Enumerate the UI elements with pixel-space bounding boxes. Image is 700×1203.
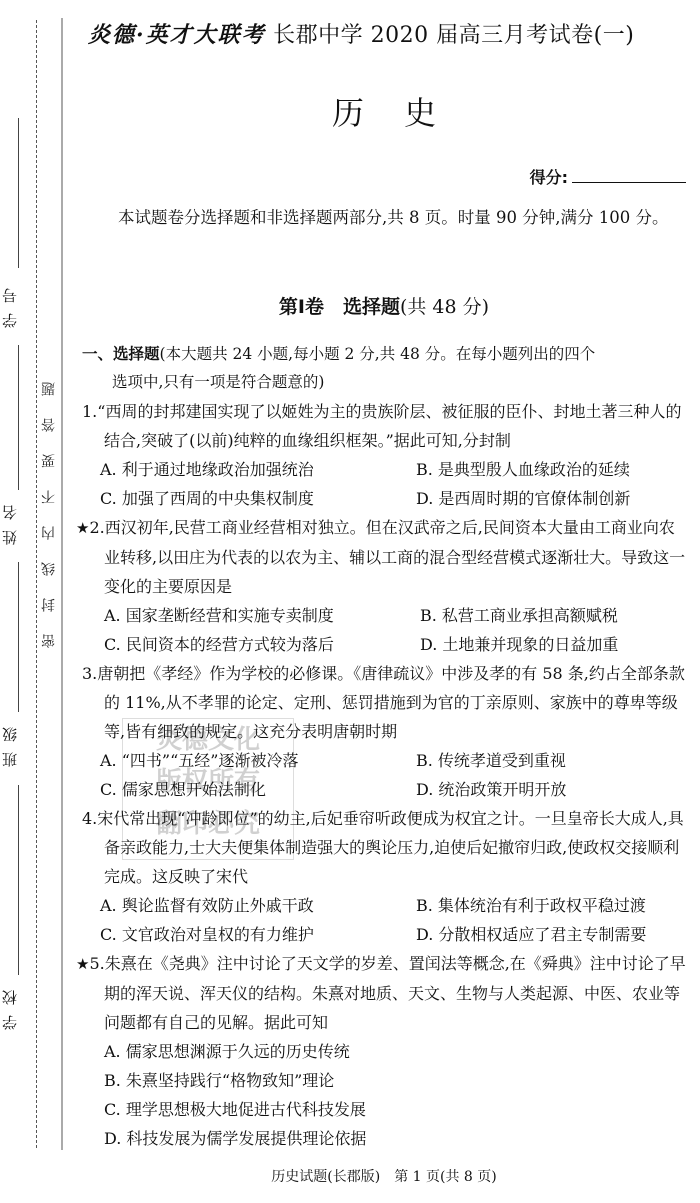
question-text: 朱熹在《尧典》注中讨论了天文学的岁差、置闰法等概念,在《舜典》注中讨论了早期的浑… (104, 954, 686, 1032)
score-blank[interactable] (572, 168, 686, 183)
question-stem: ★5.朱熹在《尧典》注中讨论了天文学的岁差、置闰法等概念,在《舜典》注中讨论了早… (76, 949, 686, 1037)
question-2: ★2.西汉初年,民营工商业经营相对独立。但在汉武帝之后,民间资本大量由工商业向农… (82, 513, 686, 659)
option-c[interactable]: C. 儒家思想开始法制化 (100, 775, 416, 804)
star-icon: ★ (76, 955, 89, 973)
option-d[interactable]: D. 土地兼并现象的日益加重 (420, 630, 700, 659)
school-underline (18, 785, 19, 975)
question-number: 3. (82, 664, 97, 683)
section-title: 第Ⅰ卷 选择题 (279, 296, 400, 318)
question-number: 1. (82, 402, 97, 421)
option-d[interactable]: D. 科技发展为儒学发展提供理论依据 (104, 1124, 686, 1153)
question-stem: 3.唐朝把《孝经》作为学校的必修课。《唐律疏议》中涉及孝的有 58 条,约占全部… (82, 659, 686, 746)
option-list: A. 儒家思想渊源于久远的历史传统 B. 朱熹坚持践行“格物致知”理论 C. 理… (82, 1037, 686, 1153)
option-d[interactable]: D. 分散相权适应了君主专制需要 (416, 920, 700, 949)
exam-intro: 本试题卷分选择题和非选择题两部分,共 8 页。时量 90 分钟,满分 100 分… (82, 196, 686, 239)
option-list: A. 利于通过地缘政治加强统治 B. 是典型殷人血缘政治的延续 C. 加强了西周… (82, 455, 686, 513)
section-points: (共 48 分) (400, 296, 489, 318)
exam-title: 长郡中学 2020 届高三月考试卷(一) (273, 23, 634, 48)
option-b[interactable]: B. 私营工商业承担高额赋税 (420, 601, 700, 630)
student-id-field[interactable]: 学号 (2, 118, 18, 348)
option-b[interactable]: B. 传统孝道受到重视 (416, 746, 700, 775)
question-text: 唐朝把《孝经》作为学校的必修课。《唐律疏议》中涉及孝的有 58 条,约占全部条款… (97, 664, 685, 741)
question-5: ★5.朱熹在《尧典》注中讨论了天文学的岁差、置闰法等概念,在《舜典》注中讨论了早… (82, 949, 686, 1153)
question-text: 宋代常出现“冲龄即位”的幼主,后妃垂帘听政便成为权宜之计。一旦皇帝长大成人,具备… (97, 809, 684, 886)
question-stem: 4.宋代常出现“冲龄即位”的幼主,后妃垂帘听政便成为权宜之计。一旦皇帝长大成人,… (82, 804, 686, 891)
instructions-text: (本大题共 24 小题,每小题 2 分,共 48 分。在每小题列出的四个 (160, 345, 596, 363)
option-c[interactable]: C. 民间资本的经营方式较为落后 (104, 630, 420, 659)
student-id-underline (18, 118, 19, 268)
option-a[interactable]: A. 利于通过地缘政治加强统治 (100, 455, 416, 484)
student-id-label: 学号 (2, 278, 18, 328)
seal-notice: 密封线内不要答题 (40, 360, 58, 648)
subject-title: 历史 (82, 88, 686, 134)
option-a[interactable]: A. 儒家思想渊源于久远的历史传统 (104, 1037, 686, 1066)
option-list: A. 国家垄断经营和实施专卖制度 B. 私营工商业承担高额赋税 C. 民间资本的… (82, 601, 686, 659)
binding-margin: 学号 姓名 班级 学校 密封线内不要答题 (0, 0, 70, 1203)
name-field[interactable]: 姓名 (2, 345, 18, 565)
class-field[interactable]: 班级 (2, 562, 18, 782)
exam-header: 炎德·英才大联考 长郡中学 2020 届高三月考试卷(一) (88, 18, 634, 49)
instructions-continued: 选项中,只有一项是符合题意的) (82, 368, 686, 396)
question-number: 5. (89, 954, 104, 973)
option-b[interactable]: B. 是典型殷人血缘政治的延续 (416, 455, 700, 484)
option-list: A. “四书”“五经”逐渐被冷落 B. 传统孝道受到重视 C. 儒家思想开始法制… (82, 746, 686, 804)
instructions-head: 一、选择题 (82, 345, 160, 363)
option-b[interactable]: B. 集体统治有利于政权平稳过渡 (416, 891, 700, 920)
question-text: 西汉初年,民营工商业经营相对独立。但在汉武帝之后,民间资本大量由工商业向农业转移… (104, 518, 685, 596)
question-stem: ★2.西汉初年,民营工商业经营相对独立。但在汉武帝之后,民间资本大量由工商业向农… (76, 513, 686, 601)
brand-name: 炎德·英才大联考 (88, 22, 266, 48)
section-heading: 第Ⅰ卷 选择题(共 48 分) (82, 292, 686, 319)
question-number: 4. (82, 809, 97, 828)
score-box: 得分: (530, 165, 686, 188)
question-stem: 1.“西周的封邦建国实现了以姬姓为主的贵族阶层、被征服的臣仆、封地土著三种人的结… (82, 397, 686, 455)
question-3: 3.唐朝把《孝经》作为学校的必修课。《唐律疏议》中涉及孝的有 58 条,约占全部… (82, 659, 686, 804)
school-label: 学校 (2, 980, 18, 1030)
option-b[interactable]: B. 朱熹坚持践行“格物致知”理论 (104, 1066, 686, 1095)
option-c[interactable]: C. 理学思想极大地促进古代科技发展 (104, 1095, 686, 1124)
school-field[interactable]: 学校 (2, 785, 18, 1045)
option-a[interactable]: A. 舆论监督有效防止外戚干政 (100, 891, 416, 920)
section-instructions: 一、选择题(本大题共 24 小题,每小题 2 分,共 48 分。在每小题列出的四… (82, 340, 686, 396)
question-text: “西周的封邦建国实现了以姬姓为主的贵族阶层、被征服的臣仆、封地土著三种人的结合,… (97, 402, 681, 450)
option-a[interactable]: A. 国家垄断经营和实施专卖制度 (104, 601, 420, 630)
score-label: 得分: (530, 168, 568, 187)
question-number: 2. (89, 518, 104, 537)
class-label: 班级 (2, 717, 18, 767)
binding-line (61, 18, 63, 1150)
option-d[interactable]: D. 是西周时期的官僚体制创新 (416, 484, 700, 513)
name-underline (18, 345, 19, 490)
page-footer: 历史试题(长郡版) 第 1 页(共 8 页) (82, 1166, 686, 1186)
star-icon: ★ (76, 519, 89, 537)
option-c[interactable]: C. 文官政治对皇权的有力维护 (100, 920, 416, 949)
option-a[interactable]: A. “四书”“五经”逐渐被冷落 (100, 746, 416, 775)
option-d[interactable]: D. 统治政策开明开放 (416, 775, 700, 804)
question-1: 1.“西周的封邦建国实现了以姬姓为主的贵族阶层、被征服的臣仆、封地土著三种人的结… (82, 397, 686, 513)
option-list: A. 舆论监督有效防止外戚干政 B. 集体统治有利于政权平稳过渡 C. 文官政治… (82, 891, 686, 949)
question-4: 4.宋代常出现“冲龄即位”的幼主,后妃垂帘听政便成为权宜之计。一旦皇帝长大成人,… (82, 804, 686, 949)
class-underline (18, 562, 19, 712)
option-c[interactable]: C. 加强了西周的中央集权制度 (100, 484, 416, 513)
seal-cut-line (36, 20, 37, 1148)
name-label: 姓名 (2, 495, 18, 545)
